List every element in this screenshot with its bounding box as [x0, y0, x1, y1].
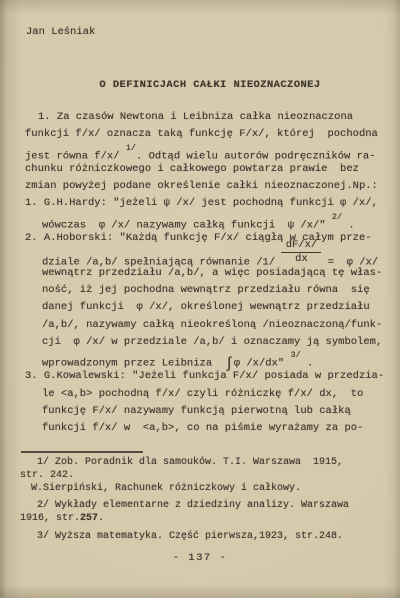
page-title: O DEFINICJACH CAŁKI NIEOZNACZONEJ [10, 79, 400, 91]
text-segment: . [98, 513, 104, 524]
list-item-2-line: danej funkcji φ /x/, określonej wewnątrz… [25, 299, 384, 316]
footnote-2: 2/ Wykłady elementarne z dziedziny anali… [20, 500, 384, 526]
text-line: 1. Za czasów Newtona i Leibniza całka ni… [25, 109, 384, 126]
footnote-ref-2: 2/ [332, 212, 342, 222]
list-item-2-line: ność, iż jej pochodna wewnątrz przedział… [25, 282, 384, 299]
footnotes-section: 1/ Zob. Poradnik dla samouków. T.I. Wars… [20, 457, 384, 548]
footnote-line: 1/ Zob. Poradnik dla samouków. T.I. Wars… [20, 457, 384, 470]
text-line: zmian powyżej podane określenie całki ni… [25, 178, 384, 195]
text-line: jest równa f/x/ 1/. Odtąd wielu autorów … [25, 144, 384, 161]
scanned-document-page: Jan Leśniak O DEFINICJACH CAŁKI NIEOZNAC… [0, 0, 400, 598]
list-item-3-line: funkcję F/x/ nazywamy funkcją pierwotną … [25, 403, 384, 420]
footnote-line: 1916, str.257. [20, 513, 384, 526]
page-number: - 137 - [0, 552, 400, 564]
text-segment: 257 [80, 513, 98, 524]
list-item-2-line: dziale /a,b/ spełniającą równanie /1/ dF… [25, 247, 384, 264]
footnote-ref-1: 1/ [126, 143, 136, 153]
fraction-denominator: dx [281, 254, 321, 265]
footnote-separator [21, 451, 143, 453]
list-item-3-line: funkcji f/x/ w <a,b>, co na piśmie wyraż… [25, 420, 384, 437]
list-item-2-line: wprowadzonym przez Leibniza ∫φ /x/dx" 3/… [25, 351, 384, 368]
text-line: chunku różniczkowego i całkowego powtarz… [25, 161, 384, 178]
text-line: funkcji f/x/ oznacza taką funkcję F/x/, … [25, 126, 384, 143]
footnote-line: 2/ Wykłady elementarne z dziedziny anali… [20, 500, 384, 513]
author-name: Jan Leśniak [26, 26, 95, 38]
list-item-3-line: le <a,b> pochodną f/x/ czyli różniczkę f… [25, 386, 384, 403]
text-segment: 1916, str. [20, 513, 80, 524]
list-item-2-line: 2. A.Hoborski: "Każdą funkcję F/x/ ciągł… [25, 230, 384, 247]
fraction-dFx-dx: dF/x/dx [281, 247, 321, 264]
document-body: 1. Za czasów Newtona i Leibniza całka ni… [25, 109, 384, 438]
footnote-line: W.Sierpiński, Rachunek różniczkowy i cał… [20, 483, 384, 496]
list-item-2-line: wewnątrz przedziału /a,b/, a więc posiad… [25, 265, 384, 282]
list-item-2-line: cji φ /x/ w przedziale /a,b/ i oznaczamy… [25, 334, 384, 351]
footnote-1: 1/ Zob. Poradnik dla samouków. T.I. Wars… [20, 457, 384, 496]
footnote-line: 3/ Wyższa matematyka. Część pierwsza,192… [20, 531, 384, 544]
list-item-1-line: 1. G.H.Hardy: "jeżeli ψ /x/ jest pochodn… [25, 195, 384, 212]
list-item-2-line: /a,b/, nazywamy całką nieokreśloną /nieo… [25, 317, 384, 334]
footnote-ref-3: 3/ [290, 350, 300, 360]
list-item-1-line: wówczas φ /x/ nazywamy całką funkcji ψ /… [25, 213, 384, 230]
fraction-numerator: dF/x/ [281, 240, 321, 254]
footnote-3: 3/ Wyższa matematyka. Część pierwsza,192… [20, 531, 384, 544]
list-item-3-line: 3. G.Kowalewski: "Jeżeli funkcja F/x/ po… [25, 368, 384, 385]
footnote-line: str. 242. [20, 470, 384, 483]
